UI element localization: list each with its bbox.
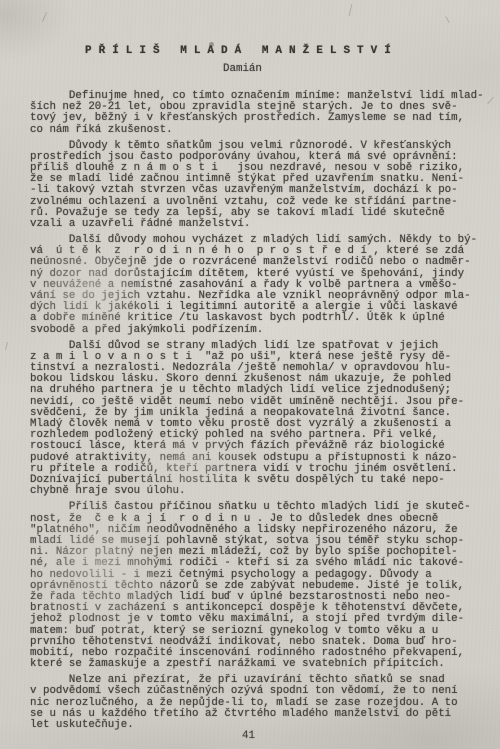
paper-scratch [5,342,8,350]
paragraph: Definujme hned, co tímto označením míním… [30,91,484,136]
document-title: P Ř Í L I Š M L A D Á M A N Ž E L S T V … [85,45,391,57]
paragraph: Další důvod se strany mladých lidí lze s… [30,341,484,498]
scanned-document-page: P Ř Í L I Š M L A D Á M A N Ž E L S T V … [0,0,500,749]
paragraph: Důvody k těmto sňatkům jsou velmi různor… [30,141,484,231]
paper-scratch [445,16,449,23]
paper-scratch [487,97,494,105]
paragraph: Další důvody mohou vycházet z mladých li… [30,235,484,336]
document-author: Damián [223,63,262,75]
paper-scratch [42,12,47,22]
paper-scratch [349,4,352,16]
document-body: Definujme hned, co tímto označením míním… [30,91,484,731]
page-number: 41 [242,730,255,742]
paragraph: Příliš častou příčinou sňatku u těchto m… [30,502,484,670]
paragraph: Nelze ani přezírat, že při uzavírání těc… [30,675,484,731]
